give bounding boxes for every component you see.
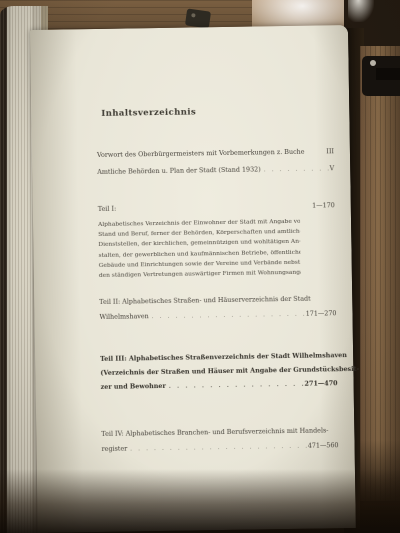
wooden-rail [360, 46, 400, 501]
glare-highlight [348, 0, 374, 22]
part4-label: register [102, 445, 128, 453]
part2-page-range: 171—270 [306, 309, 337, 317]
dot-leader: . . . . . . . . . . . . . . . . . . . . … [127, 444, 308, 453]
part1-label: Teil I: [98, 205, 116, 213]
book-page: Inhaltsverzeichnis Vorwort des Oberbürge… [30, 25, 356, 533]
toc-entry: Vorwort des Oberbürgermeisters mit Vorbe… [97, 147, 334, 159]
toc-entry: Amtliche Behörden u. Plan der Stadt (Sta… [97, 164, 334, 176]
part3-label: zer und Bewohner [101, 382, 166, 391]
part4-page-range: 471—560 [308, 441, 339, 449]
rail-bottom-shadow [360, 440, 400, 533]
part1-line: den ständigen Vertretungen auswärtiger F… [99, 268, 301, 281]
page-content: Inhaltsverzeichnis Vorwort des Oberbürge… [30, 25, 356, 533]
toc-entry-page: III [326, 147, 334, 155]
dot-leader: . . . . . . . . . . . . . . . . . . . . [261, 166, 330, 173]
part3-line1: Teil III: Alphabetisches Straßenverzeich… [100, 351, 347, 363]
part4-line1: Teil IV: Alphabetisches Branchen- und Be… [101, 426, 328, 438]
part3-entry: zer und Bewohner . . . . . . . . . . . .… [101, 379, 338, 391]
part3-page-range: 271—470 [304, 379, 337, 388]
toc-entry-page: V [330, 164, 335, 172]
part4-entry: register . . . . . . . . . . . . . . . .… [102, 441, 339, 453]
spacer [116, 208, 312, 211]
dot-leader: . . . . . . . . . . . . . . . . . . . . … [149, 312, 306, 320]
part2-entry: Wilhelmshaven . . . . . . . . . . . . . … [99, 309, 336, 321]
part1-description: Alphabetisches Verzeichnis der Einwohner… [98, 217, 301, 281]
part2-line1: Teil II: Alphabetisches Straßen- und Häu… [99, 295, 311, 306]
page-heading: Inhaltsverzeichnis [101, 107, 196, 118]
part2-label: Wilhelmshaven [99, 312, 148, 321]
metal-bracket [185, 8, 211, 28]
dot-leader: . . . . . . . . . . . . . . . . . . . . … [166, 382, 305, 390]
part3-line2: (Verzeichnis der Straßen und Häuser mit … [100, 365, 359, 377]
clamp-knob [362, 56, 400, 96]
toc-entry-label: Amtliche Behörden u. Plan der Stadt (Sta… [97, 165, 261, 176]
part1-page-range: 1—170 [312, 201, 335, 209]
section-part1-header: Teil I: 1—170 [98, 201, 335, 213]
toc-entry-label: Vorwort des Oberbürgermeisters mit Vorbe… [97, 148, 305, 159]
photo-scene: Inhaltsverzeichnis Vorwort des Oberbürge… [0, 0, 400, 533]
